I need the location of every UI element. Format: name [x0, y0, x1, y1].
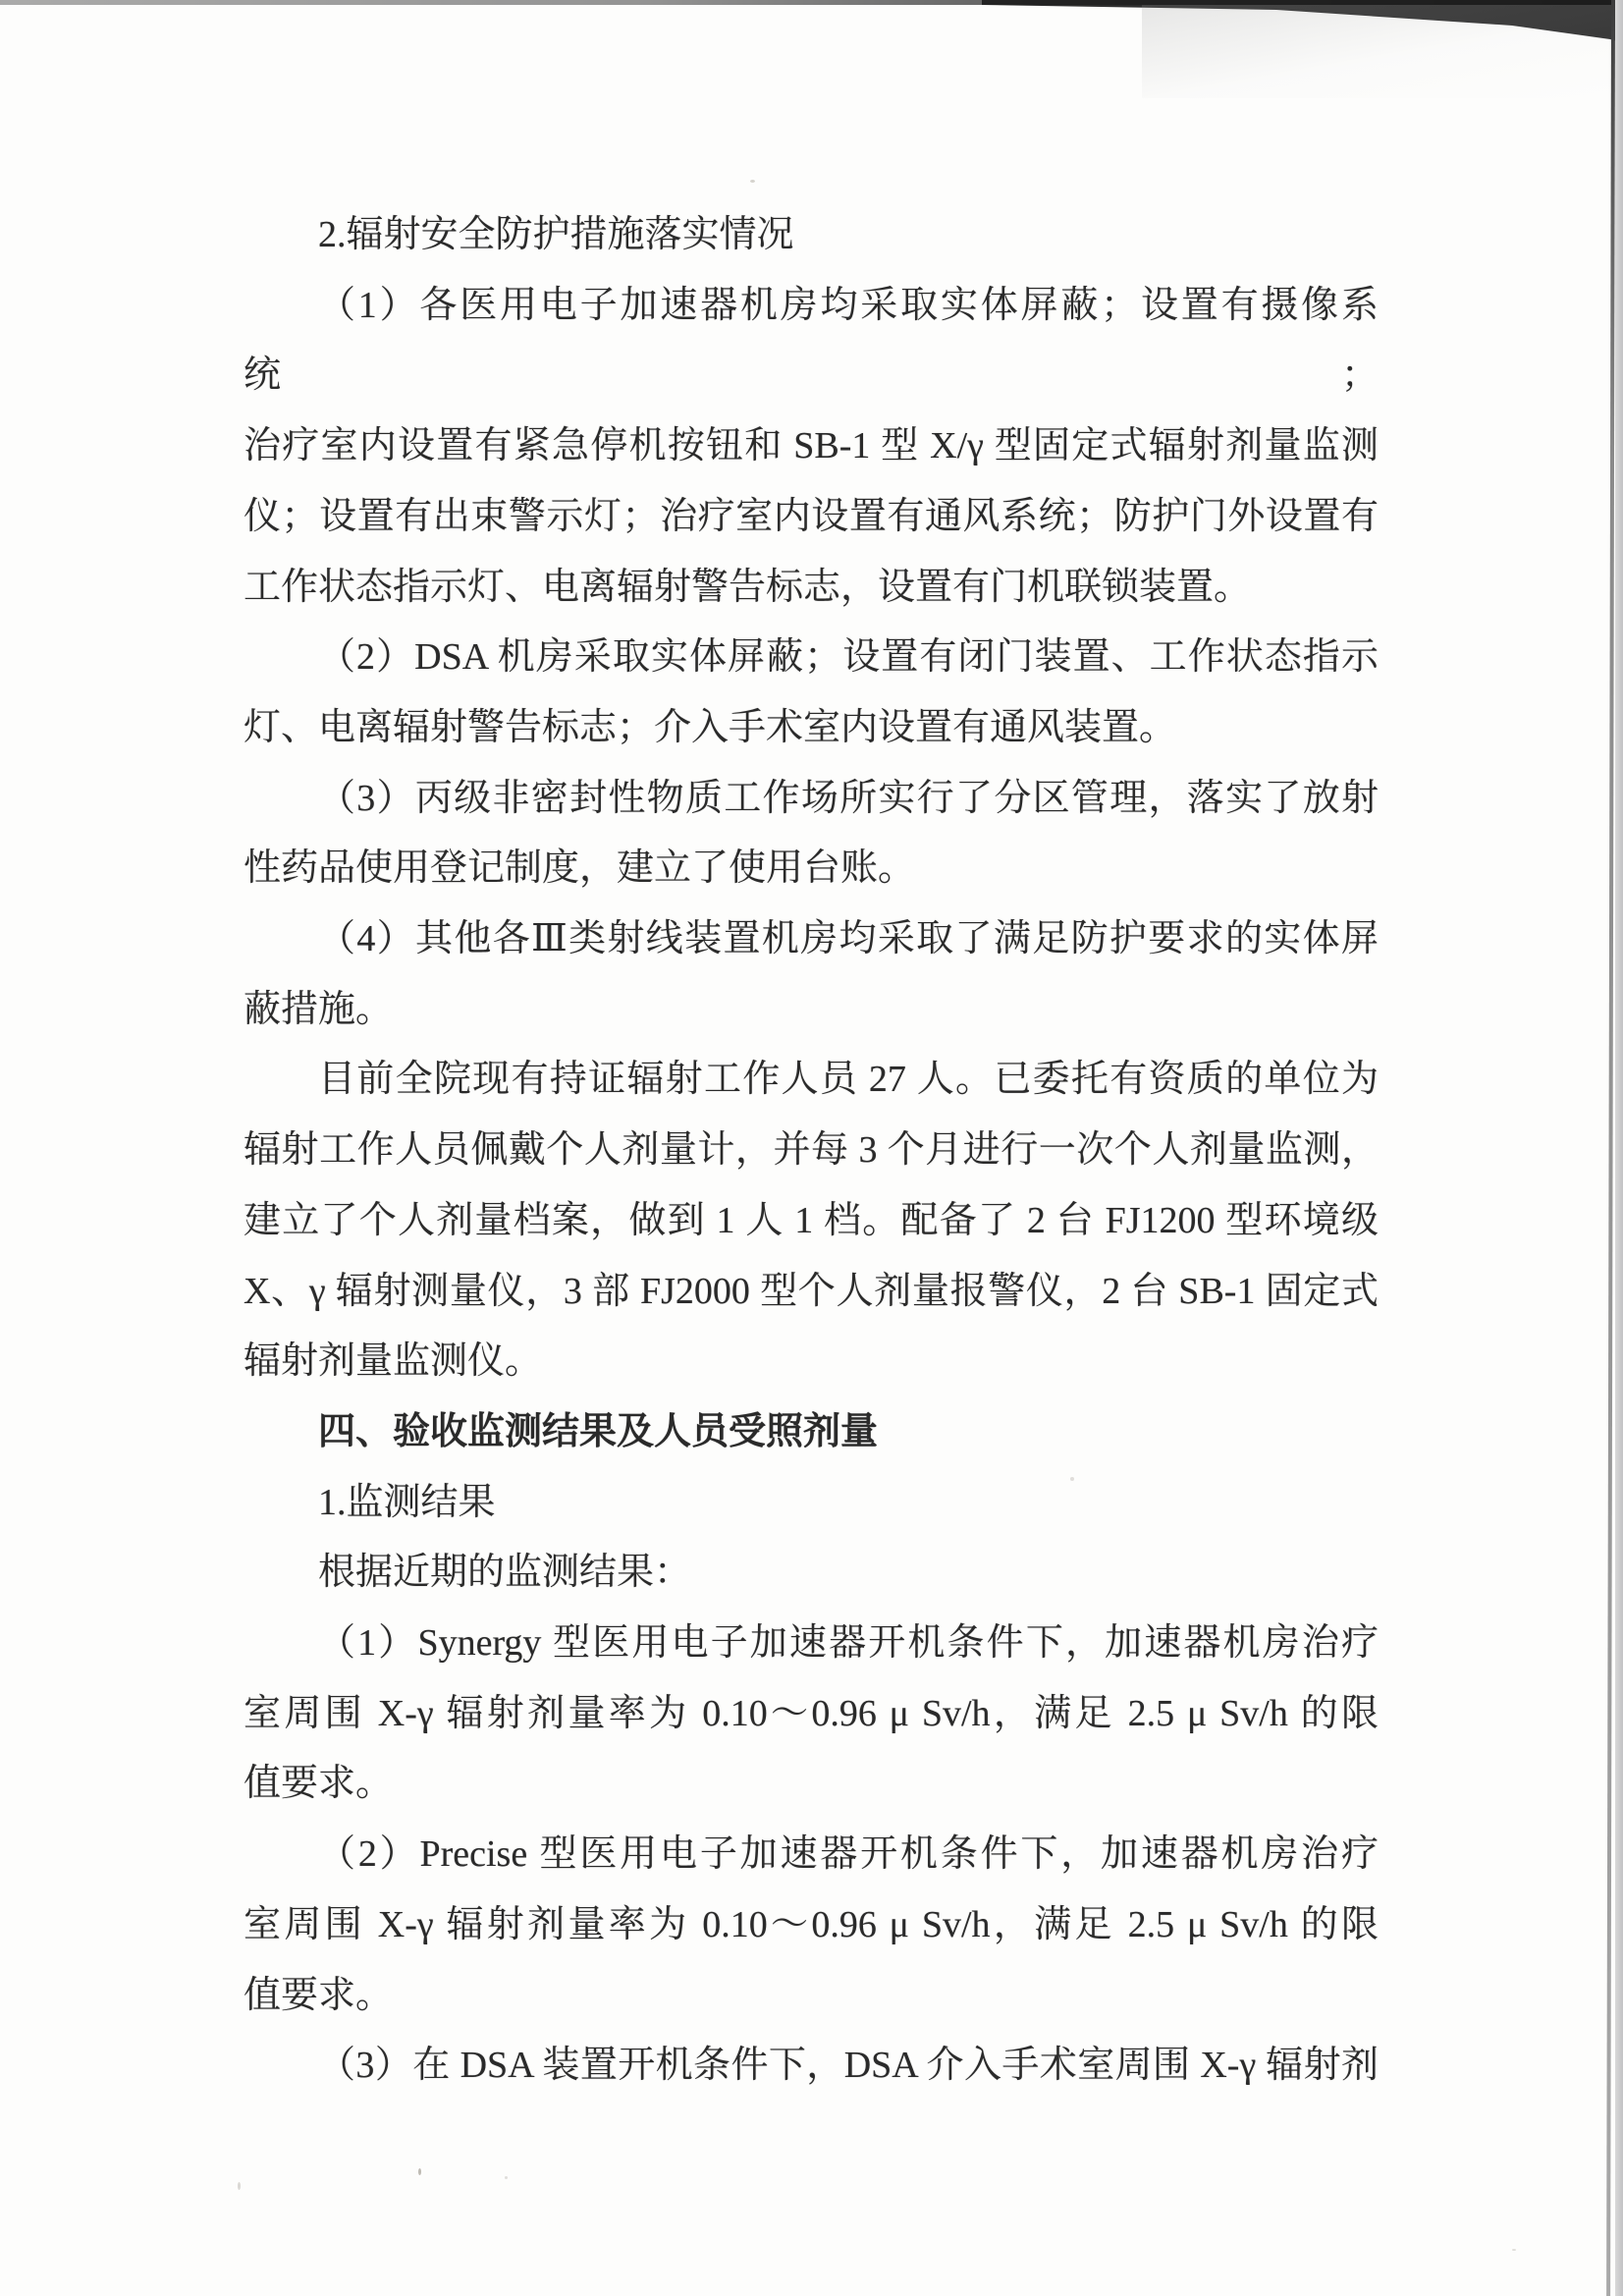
text-line: （1）Synergy 型医用电子加速器开机条件下，加速器机房治疗: [243, 1609, 1379, 1679]
scan-right-edge: [1606, 0, 1615, 2296]
scan-right-band: [1615, 0, 1623, 2296]
text-line: 灯、电离辐射警告标志；介入手术室内设置有通风装置。: [243, 693, 1379, 764]
text-line: （3）在 DSA 装置开机条件下，DSA 介入手术室周围 X-γ 辐射剂: [243, 2031, 1379, 2102]
text-line: （1）各医用电子加速器机房均采取实体屏蔽；设置有摄像系统；: [243, 271, 1379, 411]
text-line: 工作状态指示灯、电离辐射警告标志，设置有门机联锁装置。: [243, 553, 1379, 624]
text-line: 仪；设置有出束警示灯；治疗室内设置有通风系统；防护门外设置有: [243, 482, 1379, 553]
scan-speck: [750, 180, 755, 183]
text-line: X、γ 辐射测量仪，3 部 FJ2000 型个人剂量报警仪，2 台 SB-1 固…: [243, 1257, 1379, 1328]
document-text: 2.辐射安全防护措施落实情况（1）各医用电子加速器机房均采取实体屏蔽；设置有摄像…: [243, 200, 1379, 2102]
text-line: 性药品使用登记制度，建立了使用台账。: [243, 834, 1379, 904]
scanned-document-page: 2.辐射安全防护措施落实情况（1）各医用电子加速器机房均采取实体屏蔽；设置有摄像…: [0, 0, 1623, 2296]
text-line: 蔽措施。: [243, 975, 1379, 1046]
text-line: 值要求。: [243, 1961, 1379, 2032]
text-line: 根据近期的监测结果：: [243, 1538, 1379, 1609]
scan-speck: [418, 2168, 421, 2175]
text-line: （3）丙级非密封性物质工作场所实行了分区管理，落实了放射: [243, 764, 1379, 835]
text-line: 2.辐射安全防护措施落实情况: [243, 200, 1379, 271]
text-line: （2）Precise 型医用电子加速器开机条件下，加速器机房治疗: [243, 1820, 1379, 1890]
text-line: 建立了个人剂量档案，做到 1 人 1 档。配备了 2 台 FJ1200 型环境级: [243, 1186, 1379, 1257]
text-line: 室周围 X-γ 辐射剂量率为 0.10～0.96 μ Sv/h，满足 2.5 μ…: [243, 1890, 1379, 1961]
scan-speck: [1512, 2249, 1516, 2251]
text-line: 治疗室内设置有紧急停机按钮和 SB-1 型 X/γ 型固定式辐射剂量监测: [243, 411, 1379, 482]
text-line: 目前全院现有持证辐射工作人员 27 人。已委托有资质的单位为: [243, 1045, 1379, 1116]
scan-shadow-wash: [1142, 5, 1613, 98]
text-line: 辐射工作人员佩戴个人剂量计，并每 3 个月进行一次个人剂量监测，: [243, 1116, 1379, 1186]
text-line: 值要求。: [243, 1749, 1379, 1820]
text-line: （4）其他各Ⅲ类射线装置机房均采取了满足防护要求的实体屏: [243, 904, 1379, 975]
text-line: （2）DSA 机房采取实体屏蔽；设置有闭门装置、工作状态指示: [243, 623, 1379, 693]
text-line: 辐射剂量监测仪。: [243, 1327, 1379, 1397]
text-line: 1.监测结果: [243, 1468, 1379, 1539]
text-line: 室周围 X-γ 辐射剂量率为 0.10～0.96 μ Sv/h，满足 2.5 μ…: [243, 1679, 1379, 1750]
scan-speck: [505, 2176, 508, 2179]
section-heading: 四、验收监测结果及人员受照剂量: [243, 1397, 1379, 1468]
scan-speck: [238, 2182, 241, 2190]
